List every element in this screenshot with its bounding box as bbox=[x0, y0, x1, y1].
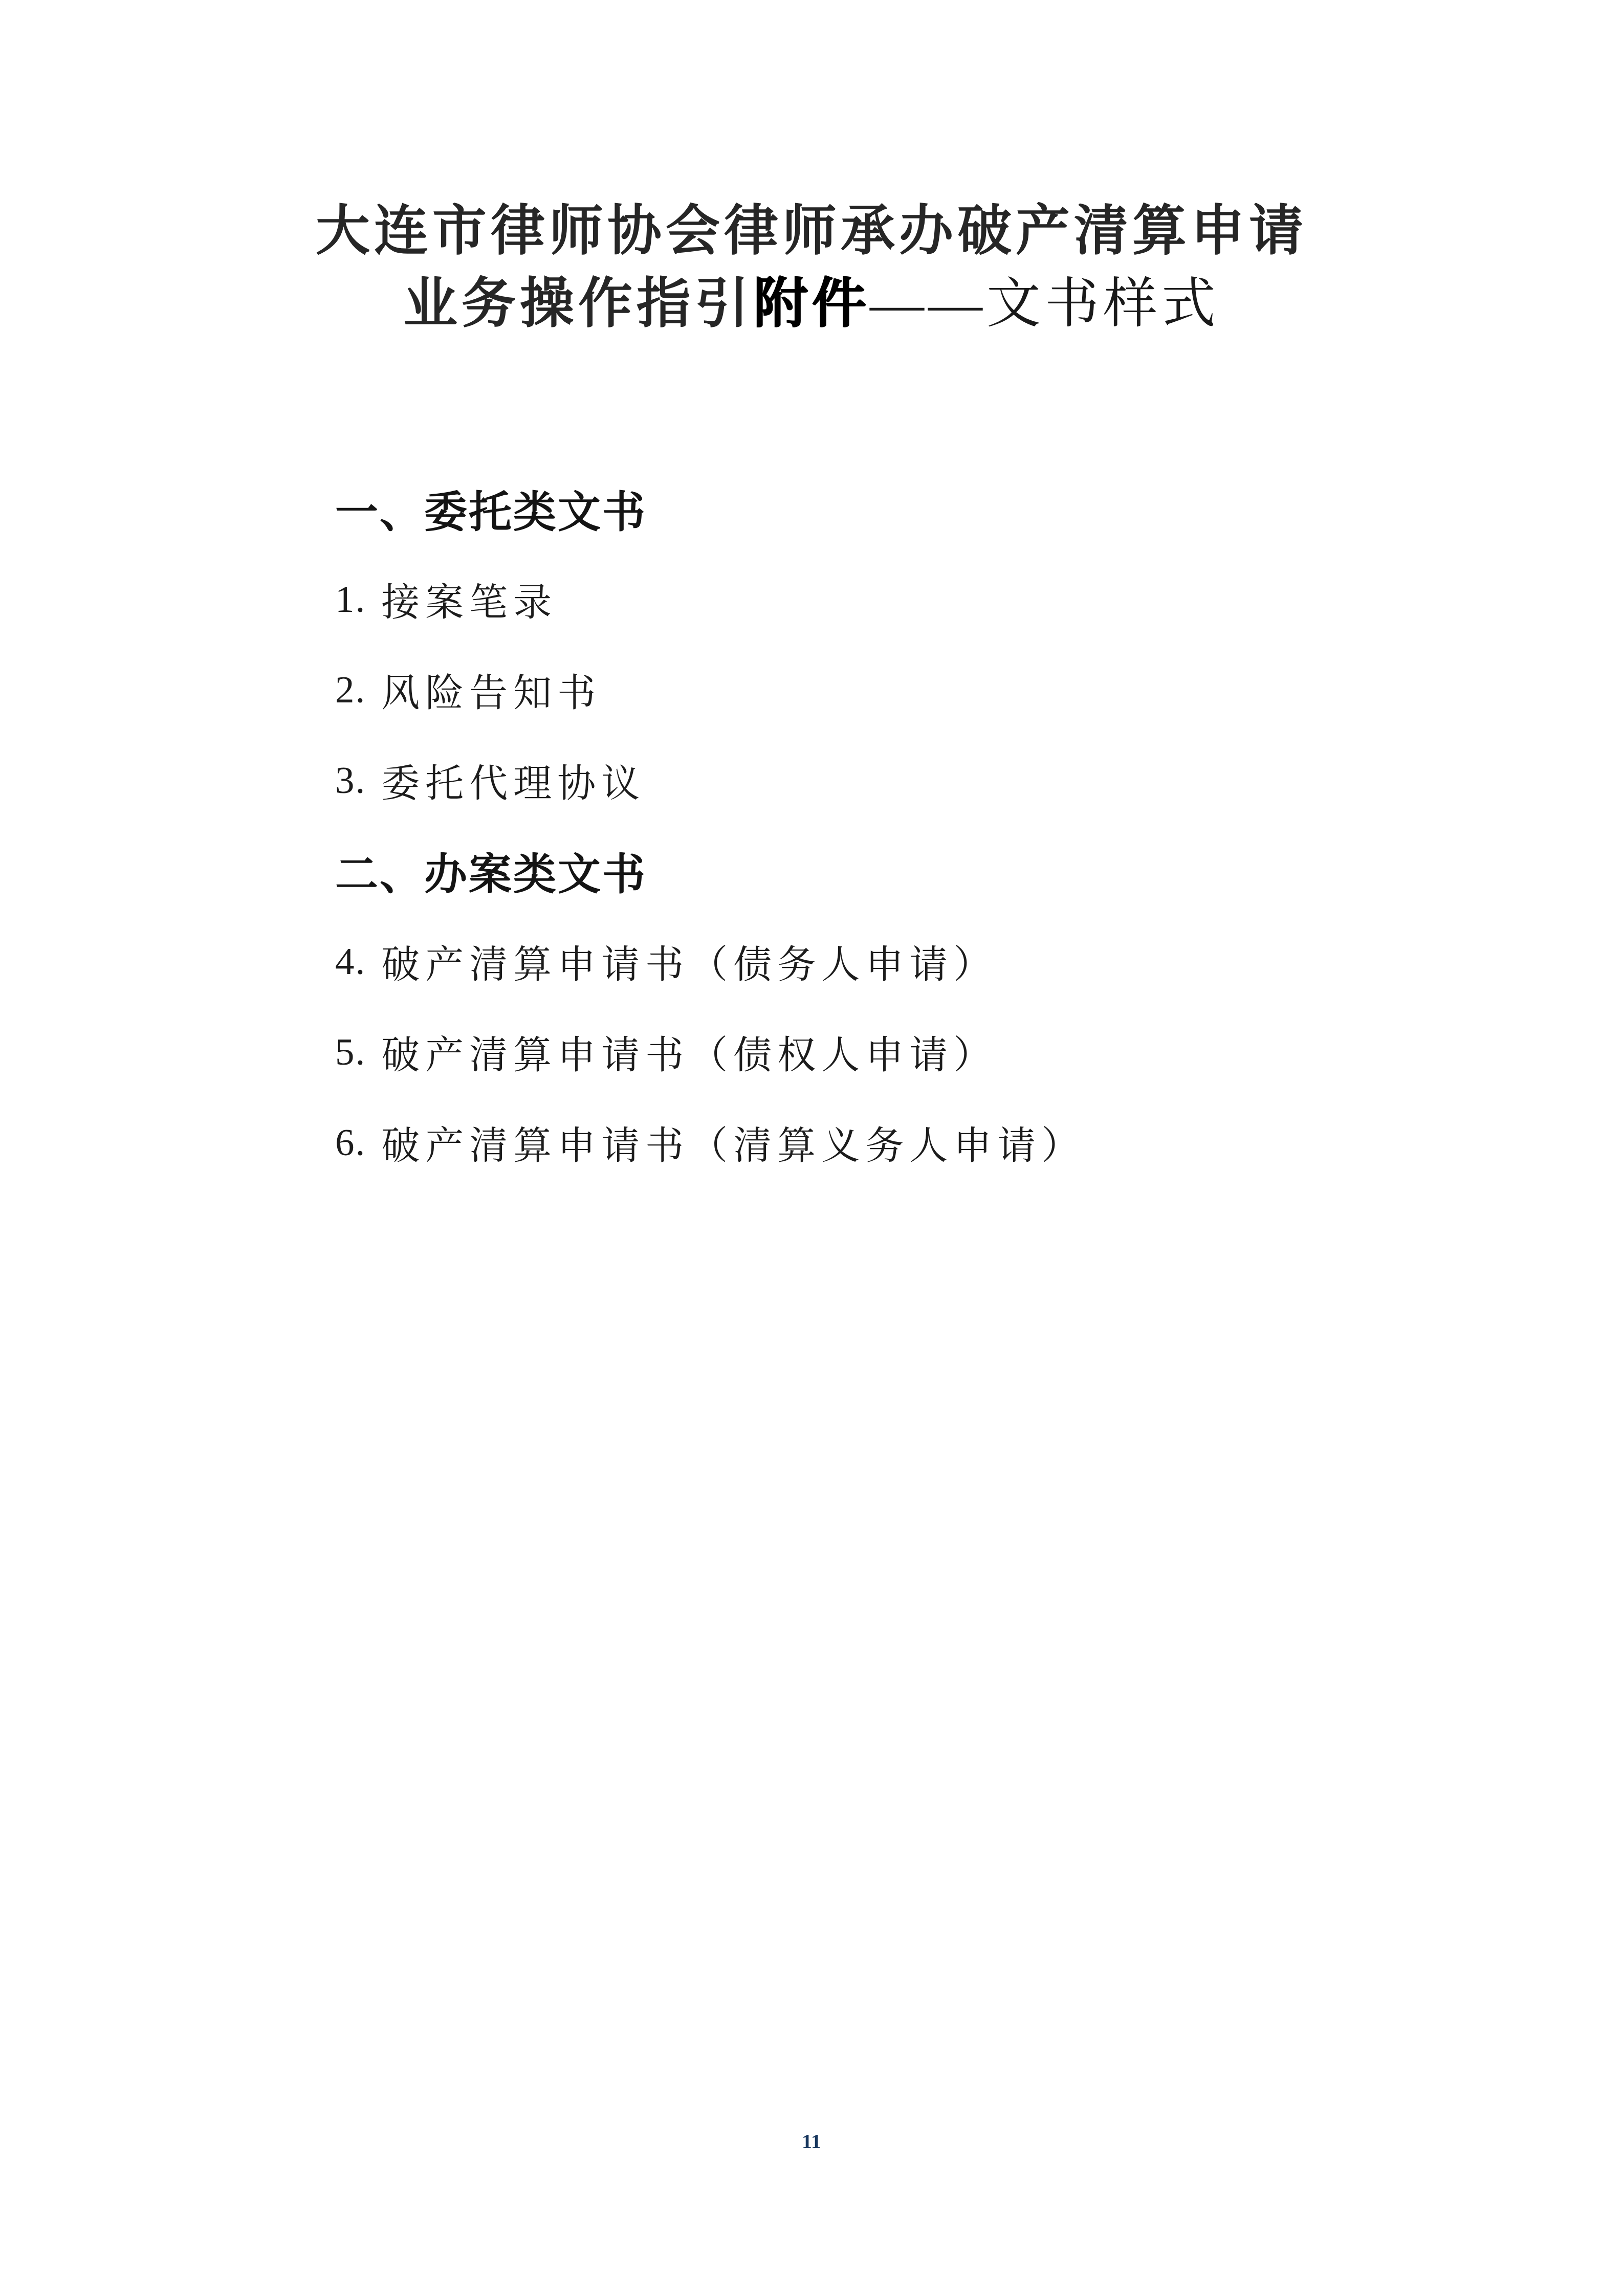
item-label: 接案笔录 bbox=[381, 572, 557, 627]
title-line-2-attachment-text: 附件 bbox=[753, 273, 870, 334]
toc-item-4: 4. 破产清算申请书（债务人申请） bbox=[335, 916, 1085, 1007]
item-number: 1. bbox=[335, 578, 366, 622]
section-heading-label: 二、办案类文书 bbox=[335, 840, 647, 902]
title-line-1: 大连市律师协会律师承办破产清算申请 bbox=[0, 194, 1623, 267]
page-number: 11 bbox=[0, 2129, 1623, 2153]
toc-item-1: 1. 接案笔录 bbox=[335, 554, 1085, 645]
item-label: 破产清算申请书（清算义务人申请） bbox=[381, 1115, 1085, 1170]
item-number: 5. bbox=[335, 1030, 366, 1074]
title-line-2-style-text: ——文书样式 bbox=[870, 274, 1220, 334]
toc-list: 一、委托类文书 1. 接案笔录 2. 风险告知书 3. 委托代理协议 二、办案类… bbox=[335, 463, 1085, 1188]
item-label: 破产清算申请书（债务人申请） bbox=[381, 934, 997, 989]
document-title: 大连市律师协会律师承办破产清算申请 业务操作指引附件——文书样式 bbox=[0, 194, 1623, 340]
toc-item-6: 6. 破产清算申请书（清算义务人申请） bbox=[335, 1097, 1085, 1188]
section-heading-label: 一、委托类文书 bbox=[335, 478, 647, 540]
title-line-1-text: 大连市律师协会律师承办破产清算申请 bbox=[316, 201, 1307, 261]
toc-section-heading-2: 二、办案类文书 bbox=[335, 826, 1085, 916]
toc-section-heading-1: 一、委托类文书 bbox=[335, 463, 1085, 554]
toc-item-3: 3. 委托代理协议 bbox=[335, 735, 1085, 826]
item-number: 4. bbox=[335, 940, 366, 984]
document-page: 大连市律师协会律师承办破产清算申请 业务操作指引附件——文书样式 一、委托类文书… bbox=[0, 0, 1623, 2296]
item-number: 6. bbox=[335, 1121, 366, 1165]
item-label: 委托代理协议 bbox=[381, 753, 645, 808]
title-line-2: 业务操作指引附件——文书样式 bbox=[0, 267, 1623, 340]
item-label: 风险告知书 bbox=[381, 663, 601, 717]
item-number: 3. bbox=[335, 759, 366, 803]
item-label: 破产清算申请书（债权人申请） bbox=[381, 1025, 997, 1079]
title-line-2-guide-text: 业务操作指引 bbox=[403, 273, 753, 334]
toc-item-2: 2. 风险告知书 bbox=[335, 645, 1085, 735]
item-number: 2. bbox=[335, 668, 366, 712]
toc-item-5: 5. 破产清算申请书（债权人申请） bbox=[335, 1007, 1085, 1097]
